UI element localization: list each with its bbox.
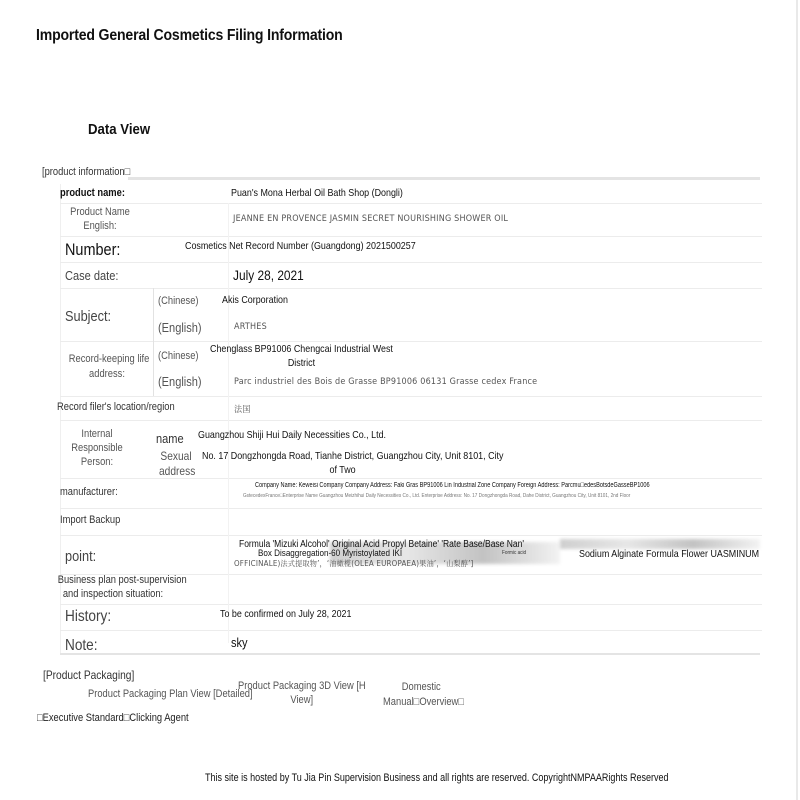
formula-small-note: Formic acid: [502, 550, 526, 556]
link-line: Manual□Overview□: [383, 696, 460, 708]
column-divider: [228, 203, 229, 643]
record-number-value: Cosmetics Net Record Number (Guangdong) …: [185, 240, 416, 252]
subject-english-value: ARTHES: [234, 322, 267, 332]
label-line: Internal: [71, 428, 124, 440]
manufacturer-label: manufacturer:: [60, 486, 118, 498]
row-divider: [60, 396, 762, 397]
product-name-english-value: JEANNE EN PROVENCE JASMIN SECRET NOURISH…: [233, 214, 508, 224]
domestic-manual-link[interactable]: Domestic Manual□Overview□: [383, 681, 460, 708]
label-line: address: [159, 464, 193, 478]
responsible-address-value: No. 17 Dongzhongda Road, Tianhe District…: [202, 450, 503, 476]
value-line: No. 17 Dongzhongda Road, Tianhe District…: [202, 450, 503, 462]
label-line: Record-keeping life: [69, 353, 146, 365]
label-line: English:: [66, 220, 134, 232]
address-english-tag: (English): [158, 374, 202, 389]
section-divider: [128, 177, 760, 180]
value-line: District: [210, 357, 393, 369]
responsible-name-value: Guangzhou Shiji Hui Daily Necessities Co…: [198, 429, 386, 441]
formula-line3: OFFICINALE)法式提取物’，‘油橄榄(OLEA EUROPAEA)果油’…: [234, 558, 474, 569]
filer-region-label: Record filer's location/region: [57, 401, 175, 413]
business-plan-label: Business plan post-supervision and inspe…: [58, 574, 169, 600]
note-label: Note:: [65, 637, 98, 655]
note-value: sky: [231, 635, 248, 650]
row-divider: [60, 236, 762, 237]
label-line: address:: [69, 368, 146, 380]
page-title: Imported General Cosmetics Filing Inform…: [36, 27, 343, 45]
filer-region-value: 法国: [234, 403, 251, 415]
label-line: Business plan post-supervision: [58, 574, 169, 586]
product-name-label: product name:: [60, 187, 125, 199]
case-date-label: Case date:: [65, 268, 118, 283]
executive-standard-link[interactable]: □Executive Standard□Clicking Agent: [37, 712, 189, 724]
product-name-english-label: Product Name English:: [66, 206, 134, 232]
packaging-plan-view-link[interactable]: Product Packaging Plan View [Detailed]: [88, 688, 253, 700]
responsible-address-tag: Sexual address: [159, 449, 193, 478]
history-value: To be confirmed on July 28, 2021: [220, 608, 351, 620]
subject-chinese-tag: (Chinese): [158, 295, 199, 307]
address-chinese-tag: (Chinese): [158, 350, 199, 362]
label-line: Sexual: [159, 449, 193, 463]
page-scroll-edge: [796, 0, 798, 800]
import-backup-label: Import Backup: [60, 514, 120, 526]
product-name-value: Puan's Mona Herbal Oil Bath Shop (Dongli…: [231, 187, 403, 199]
link-line: Product Packaging 3D View [H: [238, 680, 366, 692]
formula-right-text: Sodium Alginate Formula Flower UASMINUM: [579, 548, 759, 560]
link-line: View]: [238, 694, 366, 706]
row-divider: [60, 630, 762, 631]
product-information-heading: [product information□: [42, 166, 130, 178]
record-address-label: Record-keeping life address:: [69, 353, 146, 380]
link-line: Domestic: [383, 681, 460, 693]
value-line: Chenglass BP91006 Chengcai Industrial We…: [210, 343, 393, 355]
column-divider: [153, 288, 154, 396]
manufacturer-value-line2: GstecedexFrance□Enterprise Name Guangzho…: [243, 493, 630, 499]
address-english-value: Parc industriel des Bois de Grasse BP910…: [234, 377, 537, 387]
case-date-value: July 28, 2021: [233, 267, 304, 283]
row-divider: [60, 604, 762, 605]
row-divider: [60, 203, 762, 204]
row-divider: [60, 508, 762, 509]
section-title: Data View: [88, 121, 150, 138]
subject-english-tag: (English): [158, 320, 202, 335]
label-line: and inspection situation:: [58, 588, 169, 600]
row-divider: [60, 535, 762, 536]
responsible-name-tag: name: [156, 431, 184, 446]
footer-copyright: This site is hosted by Tu Jia Pin Superv…: [205, 772, 669, 784]
subject-label: Subject:: [65, 308, 111, 325]
value-line: of Two: [202, 464, 503, 476]
packaging-3d-view-link[interactable]: Product Packaging 3D View [H View]: [238, 680, 366, 706]
row-divider: [60, 478, 762, 479]
history-label: History:: [65, 608, 111, 626]
subject-chinese-value: Akis Corporation: [222, 294, 288, 306]
row-divider: [60, 262, 762, 263]
label-line: Product Name: [66, 206, 134, 218]
address-chinese-value: Chenglass BP91006 Chengcai Industrial We…: [210, 343, 393, 369]
row-divider: [60, 288, 762, 289]
point-label: point:: [65, 548, 96, 565]
number-label: Number:: [65, 240, 120, 260]
row-divider: [60, 341, 762, 342]
label-line: Person:: [71, 456, 124, 468]
manufacturer-value-line1: Company Name: Keweisi Company Company Ad…: [255, 482, 650, 489]
responsible-person-label: Internal Responsible Person:: [71, 428, 124, 468]
table-bottom-border: [60, 653, 760, 655]
label-line: Responsible: [71, 442, 124, 454]
product-packaging-heading: [Product Packaging]: [43, 668, 134, 682]
row-divider: [60, 420, 762, 421]
